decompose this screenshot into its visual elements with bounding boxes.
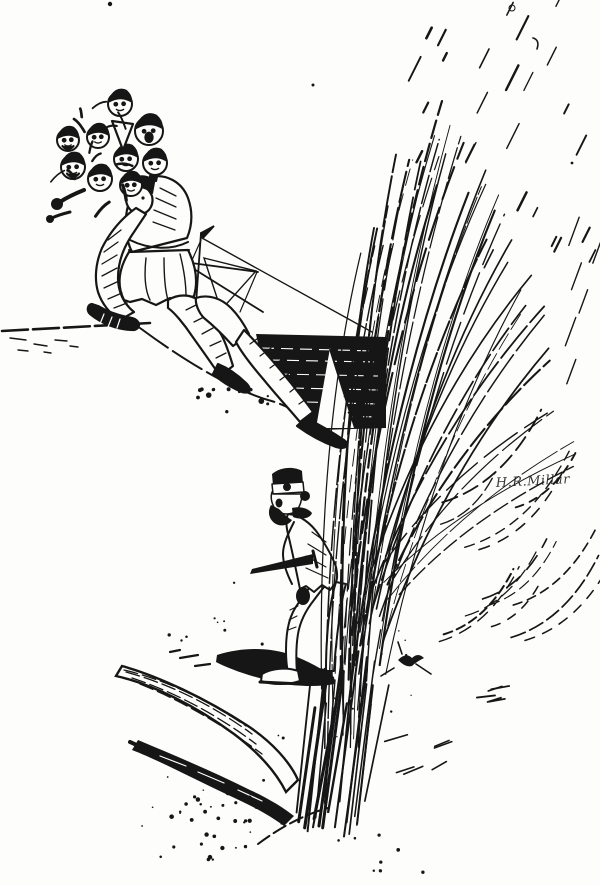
- horizon-grass: [10, 338, 78, 353]
- ink-stroke: [583, 228, 590, 242]
- ink-stroke: [233, 819, 237, 823]
- ink-stroke: [524, 72, 533, 90]
- ink-stroke: [190, 818, 194, 822]
- speckles: [141, 582, 424, 874]
- ink-stroke: [95, 178, 98, 181]
- ink-stroke: [334, 692, 335, 693]
- ink-stroke: [336, 736, 337, 737]
- ink-stroke: [379, 869, 382, 872]
- ink-stroke: [379, 860, 382, 863]
- ink-stroke: [102, 177, 105, 180]
- ink-stroke: [172, 845, 175, 848]
- ink-stroke: [354, 837, 357, 840]
- ink-stroke: [423, 103, 428, 113]
- ink-stroke: [68, 166, 71, 169]
- ink-stroke: [565, 318, 575, 346]
- ink-stroke: [230, 789, 233, 792]
- ink-stroke: [220, 846, 224, 850]
- ink-stroke: [232, 790, 234, 792]
- ink-stroke: [567, 359, 576, 383]
- ink-stroke: [377, 833, 380, 836]
- ink-stroke: [207, 858, 211, 862]
- ink-stroke: [248, 801, 252, 805]
- hero-fist: [296, 587, 310, 605]
- ink-stroke: [564, 104, 569, 113]
- stray-dot-3: [108, 2, 112, 6]
- ink-stroke: [213, 617, 215, 619]
- ink-stroke: [334, 697, 336, 699]
- debris-dot: [267, 395, 269, 397]
- ink-stroke: [438, 30, 446, 46]
- ink-stroke: [95, 202, 109, 216]
- ink-stroke: [432, 762, 446, 770]
- ink-stroke: [184, 802, 188, 806]
- ink-stroke: [593, 237, 600, 264]
- ink-stroke: [569, 217, 579, 245]
- ink-stroke: [254, 804, 259, 809]
- ink-stroke: [185, 636, 188, 639]
- artist-signature: H.R.Millar: [494, 472, 570, 491]
- ink-stroke: [152, 129, 155, 132]
- ink-stroke: [443, 53, 447, 60]
- ink-stroke: [51, 171, 65, 182]
- ink-stroke: [196, 797, 200, 801]
- ink-stroke: [199, 803, 202, 806]
- ink-stroke: [282, 736, 285, 739]
- debris-dot: [266, 402, 269, 405]
- ink-stroke: [404, 639, 406, 641]
- debris-dot: [212, 388, 215, 391]
- ink-stroke: [365, 685, 389, 801]
- illustration-page: H.R.Millar: [0, 0, 600, 885]
- ink-stroke: [223, 629, 226, 632]
- leaf-streaks: [124, 670, 262, 754]
- captive-arm-2: [52, 212, 70, 218]
- ink-stroke: [396, 848, 400, 852]
- ink-stroke: [63, 146, 74, 149]
- ink-stroke: [477, 92, 487, 112]
- ink-stroke: [373, 870, 375, 872]
- ink-stroke: [352, 708, 354, 710]
- debris-dots: [196, 387, 269, 413]
- ink-stroke: [226, 791, 230, 795]
- hero-headband-knot: [283, 483, 291, 491]
- ink-stroke: [426, 28, 431, 38]
- spray-hook: [533, 38, 538, 49]
- ink-stroke: [244, 819, 247, 822]
- ink-stroke: [233, 582, 235, 584]
- geyser-jet: [321, 101, 575, 758]
- illustration: H.R.Millar: [0, 0, 600, 885]
- ink-stroke: [390, 710, 392, 712]
- ink-stroke: [405, 654, 407, 656]
- ink-stroke: [380, 315, 545, 617]
- ink-stroke: [169, 814, 174, 819]
- ink-stroke: [115, 103, 118, 106]
- giant-eye: [141, 196, 144, 199]
- ink-stroke: [100, 135, 103, 138]
- ink-stroke: [577, 135, 587, 154]
- ink-stroke: [180, 639, 182, 641]
- ink-stroke: [121, 158, 124, 161]
- hero-collar: [292, 507, 312, 518]
- ink-stroke: [143, 130, 146, 133]
- debris-dot: [225, 410, 228, 413]
- ink-stroke: [216, 816, 220, 820]
- ink-stroke: [337, 839, 340, 842]
- ink-stroke: [221, 804, 224, 807]
- ink-stroke: [517, 16, 529, 39]
- debris-dot: [249, 388, 253, 392]
- ink-stroke: [261, 643, 264, 646]
- ink-stroke: [157, 161, 160, 164]
- debris-dot: [206, 392, 212, 398]
- ink-stroke: [248, 796, 252, 800]
- ink-stroke: [244, 845, 247, 848]
- ink-stroke: [483, 539, 547, 599]
- ink-stroke: [203, 789, 205, 791]
- ink-stroke: [556, 0, 562, 6]
- stray-dot-2: [312, 84, 315, 87]
- ink-stroke: [179, 811, 182, 814]
- spray-marks: [108, 2, 574, 165]
- hero-front-sole: [260, 682, 301, 684]
- ink-stroke: [398, 630, 400, 632]
- ink-stroke: [488, 686, 502, 690]
- hero-rear-foot: [301, 668, 333, 684]
- ink-stroke: [133, 183, 136, 186]
- ink-stroke: [513, 527, 596, 605]
- hero-hair-curl: [300, 491, 310, 501]
- ink-stroke: [168, 633, 171, 636]
- hero: [170, 468, 346, 686]
- ship-pennant: [201, 226, 214, 238]
- ink-stroke: [417, 151, 423, 162]
- ink-stroke: [167, 776, 169, 778]
- debris-dot: [200, 387, 204, 391]
- ink-stroke: [235, 847, 237, 849]
- ink-stroke: [507, 124, 519, 149]
- ink-stroke: [204, 832, 208, 836]
- debris-dot: [196, 396, 200, 400]
- ink-stroke: [552, 237, 557, 246]
- ink-stroke: [444, 569, 514, 634]
- ink-stroke: [217, 621, 219, 623]
- ink-stroke: [193, 795, 196, 798]
- ink-stroke: [92, 154, 101, 162]
- ink-stroke: [477, 695, 495, 697]
- ink-stroke: [533, 208, 537, 217]
- ink-stroke: [525, 558, 600, 641]
- ink-stroke: [150, 162, 153, 165]
- ink-stroke: [63, 139, 66, 142]
- ink-stroke: [248, 819, 252, 823]
- ink-stroke: [480, 49, 489, 68]
- ink-stroke: [210, 806, 212, 808]
- ink-stroke: [203, 810, 207, 814]
- ink-stroke: [145, 133, 152, 142]
- ink-stroke: [234, 801, 237, 804]
- hero-mouth: [276, 499, 283, 508]
- ink-stroke: [511, 556, 598, 638]
- ink-stroke: [212, 834, 216, 838]
- ink-stroke: [507, 2, 513, 15]
- ink-stroke: [159, 856, 162, 859]
- ink-stroke: [381, 653, 382, 654]
- hero-shadow-dashes: [170, 650, 210, 666]
- ink-stroke: [126, 184, 129, 187]
- ink-stroke: [152, 806, 154, 808]
- ink-stroke: [93, 102, 107, 109]
- ink-stroke: [278, 735, 280, 737]
- spray-droplets: [409, 0, 600, 384]
- ink-stroke: [356, 621, 359, 624]
- base-tuft: [398, 655, 424, 666]
- ink-stroke: [280, 822, 282, 824]
- ink-stroke: [579, 290, 588, 313]
- ink-stroke: [80, 109, 81, 117]
- captive-fist-1: [51, 198, 63, 210]
- ink-stroke: [212, 858, 214, 860]
- ink-stroke: [128, 157, 131, 160]
- debris-dot: [238, 390, 241, 393]
- ink-stroke: [93, 136, 96, 139]
- ink-stroke: [75, 165, 78, 168]
- ink-stroke: [409, 57, 421, 81]
- ink-stroke: [421, 871, 424, 874]
- captive-arm-1: [60, 190, 84, 202]
- debris-dot: [258, 398, 264, 404]
- ink-stroke: [439, 567, 519, 642]
- ink-stroke: [70, 138, 73, 141]
- ink-stroke: [235, 786, 237, 788]
- ink-stroke: [403, 658, 406, 661]
- ink-stroke: [385, 735, 408, 742]
- captive-fist-2: [46, 215, 54, 223]
- ink-stroke: [122, 102, 125, 105]
- ink-stroke: [466, 143, 476, 163]
- ink-stroke: [410, 695, 411, 696]
- stray-dot-1: [571, 162, 574, 165]
- ink-stroke: [141, 825, 143, 827]
- ink-stroke: [262, 779, 265, 782]
- ink-stroke: [349, 655, 351, 657]
- ink-stroke: [200, 843, 203, 846]
- debris-dot: [227, 387, 231, 391]
- ink-stroke: [547, 47, 556, 65]
- ink-stroke: [571, 263, 581, 290]
- debris-dot: [249, 392, 251, 394]
- ink-stroke: [223, 620, 225, 622]
- ink-stroke: [506, 65, 518, 90]
- ink-stroke: [249, 831, 251, 833]
- ink-stroke: [518, 192, 527, 210]
